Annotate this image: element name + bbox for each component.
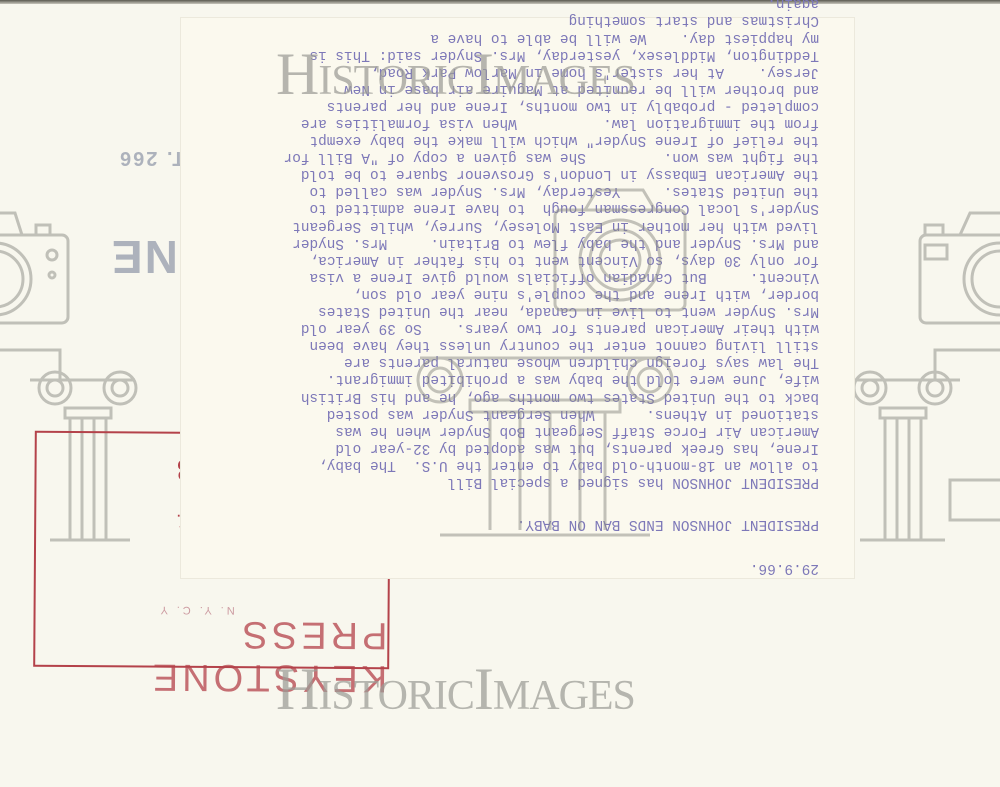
- camera-icon: [0, 205, 80, 330]
- column-icon: [410, 330, 680, 550]
- caption-line: the relief of Irene Snyder" which will m…: [284, 131, 819, 148]
- camera-icon: [545, 180, 695, 330]
- column-icon: [850, 340, 1000, 550]
- caption-line: from the immigration law. When visa form…: [284, 114, 819, 131]
- caption-line: Christmas and start something: [284, 11, 819, 28]
- watermark-text-bottom: HistoricImages: [276, 655, 635, 724]
- faded-stamp-line2: NE: [110, 230, 178, 284]
- caption-line: the fight was won. She was given a copy …: [284, 148, 819, 165]
- camera-icon: [915, 205, 1000, 330]
- watermark-text-top: HistoricImages: [276, 40, 635, 109]
- caption-date: 29.9.66.: [750, 559, 819, 576]
- caption-line: again.: [284, 0, 819, 11]
